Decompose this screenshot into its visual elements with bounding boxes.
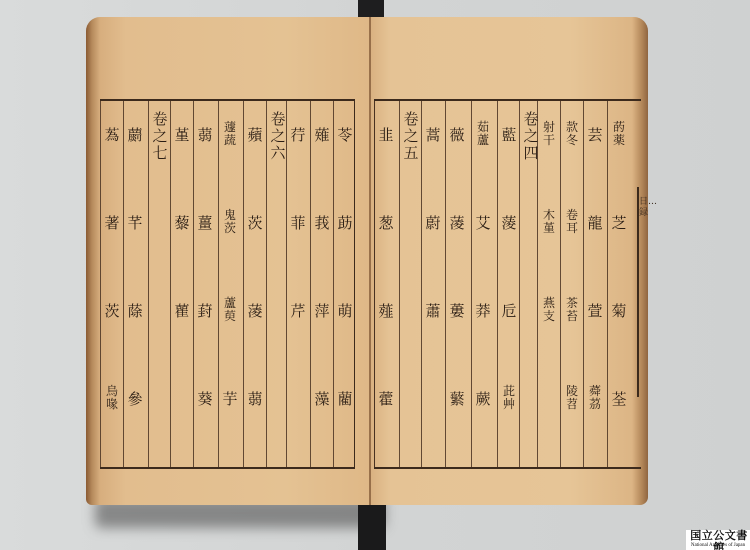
- plant-name-entry: 堇: [171, 127, 193, 143]
- plant-name-entry: 葑: [194, 303, 216, 319]
- plant-name-entry: 薤: [375, 303, 397, 319]
- plant-name-entry: 蓤: [244, 303, 266, 319]
- plant-name-entry: 蘮: [124, 127, 146, 143]
- plant-name-entry: 萍: [311, 303, 333, 319]
- plant-name-entry: 藻: [311, 391, 333, 407]
- watermark-subtitle: National Archives of Japan: [686, 542, 750, 549]
- plant-name-entry: 茨: [244, 215, 266, 231]
- plant-name-entry: 蕨: [472, 391, 494, 407]
- plant-name-entry: 莇: [334, 215, 356, 231]
- plant-name-entry: 茨: [101, 303, 123, 319]
- entry-column: 荇菲芹: [287, 101, 309, 467]
- open-book: 苓莇萌藺薙莪萍藻荇菲芹卷之六蘋茨蓤蒻蘧蔬鬼茨蘆萸芋蒻薑葑葵堇藜雚卷之七蘮芊蒢參蒍…: [86, 17, 648, 505]
- plant-name-entry: 茈艸: [498, 385, 520, 411]
- plant-name-entry: 蔆: [498, 215, 520, 231]
- entry-column: 蘮芊蒢參: [124, 101, 146, 467]
- plant-name-entry: 薇: [446, 127, 468, 143]
- entry-column: 蒻薑葑葵: [194, 101, 216, 467]
- entry-column: 薇蓤蔞蘩: [446, 101, 468, 467]
- fold-center-text: 日…録: [639, 197, 649, 219]
- plant-name-entry: 芊: [124, 215, 146, 231]
- entry-column: 蒍著茨烏喙: [101, 101, 123, 467]
- entry-column: 蒿蔚蕭: [422, 101, 444, 467]
- plant-name-entry: 鬼茨: [219, 209, 241, 235]
- plant-name-entry: 藍: [498, 127, 520, 143]
- plant-name-entry: 艾: [472, 215, 494, 231]
- plant-name-entry: 茶苔: [561, 297, 583, 323]
- entry-column: 苓莇萌藺: [334, 101, 356, 467]
- left-page: 苓莇萌藺薙莪萍藻荇菲芹卷之六蘋茨蓤蒻蘧蔬鬼茨蘆萸芋蒻薑葑葵堇藜雚卷之七蘮芊蒢參蒍…: [86, 17, 370, 505]
- plant-name-entry: 蓤: [446, 215, 468, 231]
- plant-name-entry: 莪: [311, 215, 333, 231]
- volume-heading-column: 卷之五: [400, 101, 422, 467]
- plant-name-entry: 蒻: [244, 391, 266, 407]
- plant-name-entry: 蔚: [422, 215, 444, 231]
- left-page-frame: 苓莇萌藺薙莪萍藻荇菲芹卷之六蘋茨蓤蒻蘧蔬鬼茨蘆萸芋蒻薑葑葵堇藜雚卷之七蘮芊蒢參蒍…: [100, 99, 355, 469]
- plant-name-entry: 蘧蔬: [219, 121, 241, 147]
- plant-name-entry: 菂薬: [608, 121, 630, 147]
- book-gutter: [369, 17, 371, 505]
- entry-column: 款冬卷耳茶苔陵苕: [561, 101, 583, 467]
- plant-name-entry: 葱: [375, 215, 397, 231]
- entry-column: 藍蔆卮茈艸: [498, 101, 520, 467]
- plant-name-entry: 萌: [334, 303, 356, 319]
- plant-name-entry: 藺: [334, 391, 356, 407]
- plant-name-entry: 著: [101, 215, 123, 231]
- plant-name-entry: 蔞: [446, 303, 468, 319]
- plant-name-entry: 龍: [584, 215, 606, 231]
- entry-column: 韭葱薤藿: [375, 101, 397, 467]
- plant-name-entry: 蒻: [194, 127, 216, 143]
- plant-name-entry: 荇: [287, 127, 309, 143]
- plant-name-entry: 蒢: [124, 303, 146, 319]
- plant-name-entry: 苓: [334, 127, 356, 143]
- plant-name-entry: 參: [124, 391, 146, 407]
- volume-heading-column: 卷之七: [149, 101, 171, 467]
- plant-name-entry: 芸: [584, 127, 606, 143]
- plant-name-entry: 芹: [287, 303, 309, 319]
- plant-name-entry: 藜: [171, 215, 193, 231]
- plant-name-entry: 荃: [608, 391, 630, 407]
- plant-name-entry: 烏喙: [101, 385, 123, 411]
- entry-column: 薙莪萍藻: [311, 101, 333, 467]
- plant-name-entry: 卮: [498, 303, 520, 319]
- plant-name-entry: 芝: [608, 215, 630, 231]
- plant-name-entry: 菊: [608, 303, 630, 319]
- book-binding-bottom: [358, 500, 386, 550]
- volume-heading: 卷之四: [520, 111, 542, 162]
- plant-name-entry: 蒍: [101, 127, 123, 143]
- plant-name-entry: 茹蘆: [472, 121, 494, 147]
- plant-name-entry: 陵苕: [561, 385, 583, 411]
- entry-column: 堇藜雚: [171, 101, 193, 467]
- plant-name-entry: 芋: [219, 391, 241, 407]
- volume-heading: 卷之七: [149, 111, 171, 162]
- plant-name-entry: 蒿: [422, 127, 444, 143]
- plant-name-entry: 藿: [375, 391, 397, 407]
- plant-name-entry: 款冬: [561, 121, 583, 147]
- volume-heading: 卷之六: [267, 111, 289, 162]
- plant-name-entry: 薑: [194, 215, 216, 231]
- entry-column: 茹蘆艾莽蕨: [472, 101, 494, 467]
- plant-name-entry: 卷耳: [561, 209, 583, 235]
- plant-name-entry: 萱: [584, 303, 606, 319]
- entry-column: 芸龍萱蕣茘: [584, 101, 606, 467]
- archive-watermark: 国立公文書館 National Archives of Japan: [686, 530, 750, 550]
- plant-name-entry: 蕣茘: [584, 385, 606, 411]
- plant-name-entry: 葵: [194, 391, 216, 407]
- plant-name-entry: 蕭: [422, 303, 444, 319]
- entry-column: 蘧蔬鬼茨蘆萸芋: [219, 101, 241, 467]
- plant-name-entry: 蘆萸: [219, 297, 241, 323]
- volume-heading: 卷之五: [400, 111, 422, 162]
- entry-column: 蘋茨蓤蒻: [244, 101, 266, 467]
- volume-heading-column: 卷之四: [520, 101, 542, 467]
- entry-column: 菂薬芝菊荃: [608, 101, 630, 467]
- plant-name-entry: 蘋: [244, 127, 266, 143]
- plant-name-entry: 薙: [311, 127, 333, 143]
- right-page-frame: 日…録 菂薬芝菊荃芸龍萱蕣茘款冬卷耳茶苔陵苕射干木堇燕支卷之四藍蔆卮茈艸茹蘆艾莽…: [374, 99, 641, 469]
- plant-name-entry: 菲: [287, 215, 309, 231]
- plant-name-entry: 韭: [375, 127, 397, 143]
- plant-name-entry: 蘩: [446, 391, 468, 407]
- volume-heading-column: 卷之六: [267, 101, 289, 467]
- plant-name-entry: 莽: [472, 303, 494, 319]
- plant-name-entry: 雚: [171, 303, 193, 319]
